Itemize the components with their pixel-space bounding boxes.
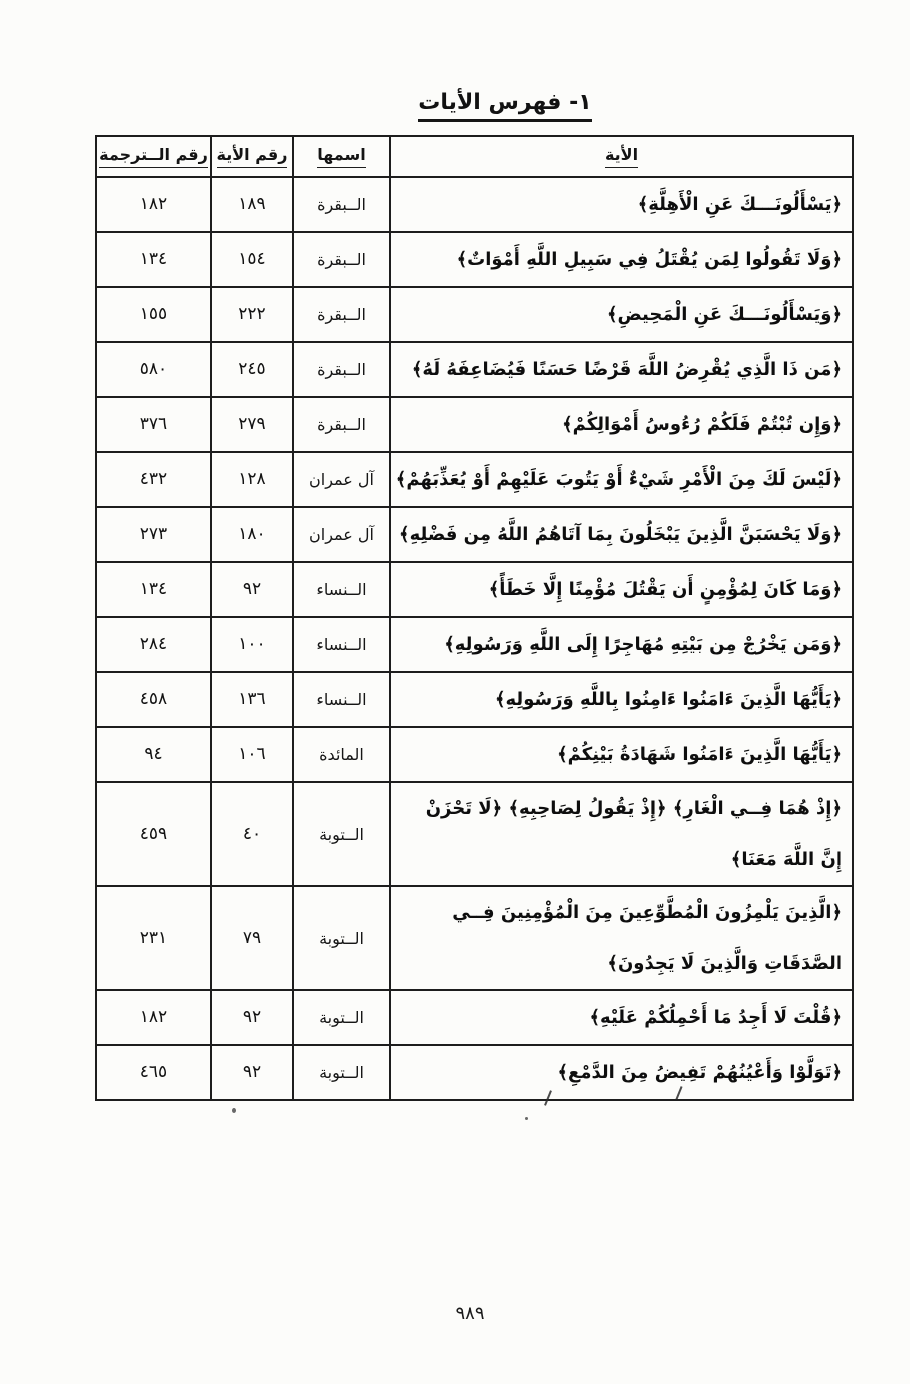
table-header-row: الأية اسمها رقم الأية رقم الــترجمة (96, 136, 853, 177)
table-row: ﴿قُلْتَ لَا أَجِدُ مَا أَحْمِلُكُمْ عَلَ… (96, 990, 853, 1045)
surah-cell: الــتوبة (293, 886, 390, 990)
table-row: ﴿تَوَلَّوْا وَأَعْيُنُهُمْ تَفِيضُ مِنَ … (96, 1045, 853, 1100)
header-verse: الأية (390, 136, 853, 177)
header-translation-number: رقم الــترجمة (96, 136, 211, 177)
verse-cell: ﴿الَّذِينَ يَلْمِزُونَ الْمُطَّوِّعِينَ … (390, 886, 853, 990)
verse-cell: ﴿إِذْ هُمَا فِــي الْغَارِ﴾ ﴿إِذْ يَقُول… (390, 782, 853, 886)
scanned-page: ١- فهرس الأيات الأية اسمها رقم الأية رقم… (0, 0, 910, 1384)
verse-cell: ﴿وَلَا تَقُولُوا لِمَن يُقْتَلُ فِي سَبِ… (390, 232, 853, 287)
scan-artifact (232, 1108, 236, 1113)
table-row: ﴿يَسْأَلُونَـــكَ عَنِ الْأَهِلَّةِ﴾الــ… (96, 177, 853, 232)
page-title-text: ١- فهرس الأيات (418, 90, 591, 122)
translation-number-cell: ١٨٢ (96, 990, 211, 1045)
surah-cell: المائدة (293, 727, 390, 782)
table-row: ﴿وَمَن يَخْرُجْ مِن بَيْتِهِ مُهَاجِرًا … (96, 617, 853, 672)
translation-number-cell: ٢٨٤ (96, 617, 211, 672)
surah-cell: الــنساء (293, 562, 390, 617)
table-row: ﴿إِذْ هُمَا فِــي الْغَارِ﴾ ﴿إِذْ يَقُول… (96, 782, 853, 886)
surah-cell: الــتوبة (293, 782, 390, 886)
header-surah-name: اسمها (293, 136, 390, 177)
surah-cell: الــبقرة (293, 342, 390, 397)
surah-cell: الــبقرة (293, 177, 390, 232)
verse-number-cell: ١٨٠ (211, 507, 293, 562)
translation-number-cell: ١٨٢ (96, 177, 211, 232)
translation-number-cell: ٢٧٣ (96, 507, 211, 562)
verse-number-cell: ٩٢ (211, 1045, 293, 1100)
table-row: ﴿وَيَسْأَلُونَـــكَ عَنِ الْمَحِيضِ﴾الــ… (96, 287, 853, 342)
header-translation-number-label: رقم الــترجمة (99, 145, 208, 168)
surah-cell: الــتوبة (293, 1045, 390, 1100)
translation-number-cell: ٥٨٠ (96, 342, 211, 397)
verse-number-cell: ١٥٤ (211, 232, 293, 287)
verse-cell: ﴿يَأَيُّهَا الَّذِينَ ءَامَنُوا شَهَادَة… (390, 727, 853, 782)
translation-number-cell: ٢٣١ (96, 886, 211, 990)
verse-table-body: ﴿يَسْأَلُونَـــكَ عَنِ الْأَهِلَّةِ﴾الــ… (96, 177, 853, 1100)
verse-number-cell: ٢٤٥ (211, 342, 293, 397)
page-number: ٩٨٩ (425, 1303, 515, 1324)
surah-cell: الــنساء (293, 617, 390, 672)
header-verse-number: رقم الأية (211, 136, 293, 177)
table-row: ﴿مَن ذَا الَّذِي يُقْرِضُ اللَّهَ قَرْضً… (96, 342, 853, 397)
verse-cell: ﴿وَلَا يَحْسَبَنَّ الَّذِينَ يَبْخَلُونَ… (390, 507, 853, 562)
verse-number-cell: ٢٢٢ (211, 287, 293, 342)
verse-number-cell: ٤٠ (211, 782, 293, 886)
verse-cell: ﴿وَمَن يَخْرُجْ مِن بَيْتِهِ مُهَاجِرًا … (390, 617, 853, 672)
verse-index-table: الأية اسمها رقم الأية رقم الــترجمة ﴿يَس… (95, 135, 854, 1101)
translation-number-cell: ٤٥٨ (96, 672, 211, 727)
table-row: ﴿يَأَيُّهَا الَّذِينَ ءَامَنُوا ءَامِنُو… (96, 672, 853, 727)
verse-cell: ﴿يَسْأَلُونَـــكَ عَنِ الْأَهِلَّةِ﴾ (390, 177, 853, 232)
verse-number-cell: ١٠٠ (211, 617, 293, 672)
verse-cell: ﴿لَيْسَ لَكَ مِنَ الْأَمْرِ شَيْءٌ أَوْ … (390, 452, 853, 507)
table-row: ﴿يَأَيُّهَا الَّذِينَ ءَامَنُوا شَهَادَة… (96, 727, 853, 782)
header-surah-name-label: اسمها (317, 145, 366, 168)
verse-number-cell: ٩٢ (211, 562, 293, 617)
table-row: ﴿وَإِن تُبْتُمْ فَلَكُمْ رُءُوسُ أَمْوَا… (96, 397, 853, 452)
surah-cell: آل عمران (293, 452, 390, 507)
table-row: ﴿وَلَا يَحْسَبَنَّ الَّذِينَ يَبْخَلُونَ… (96, 507, 853, 562)
translation-number-cell: ١٣٤ (96, 562, 211, 617)
header-verse-label: الأية (605, 145, 638, 168)
verse-cell: ﴿وَيَسْأَلُونَـــكَ عَنِ الْمَحِيضِ﴾ (390, 287, 853, 342)
verse-number-cell: ١٢٨ (211, 452, 293, 507)
header-verse-number-label: رقم الأية (217, 145, 288, 168)
surah-cell: آل عمران (293, 507, 390, 562)
verse-cell: ﴿مَن ذَا الَّذِي يُقْرِضُ اللَّهَ قَرْضً… (390, 342, 853, 397)
surah-cell: الــنساء (293, 672, 390, 727)
surah-cell: الــتوبة (293, 990, 390, 1045)
verse-number-cell: ١٠٦ (211, 727, 293, 782)
translation-number-cell: ١٣٤ (96, 232, 211, 287)
translation-number-cell: ٩٤ (96, 727, 211, 782)
verse-number-cell: ١٨٩ (211, 177, 293, 232)
verse-cell: ﴿قُلْتَ لَا أَجِدُ مَا أَحْمِلُكُمْ عَلَ… (390, 990, 853, 1045)
table-row: ﴿وَمَا كَانَ لِمُؤْمِنٍ أَن يَقْتُلَ مُؤ… (96, 562, 853, 617)
translation-number-cell: ٤٦٥ (96, 1045, 211, 1100)
table-row: ﴿الَّذِينَ يَلْمِزُونَ الْمُطَّوِّعِينَ … (96, 886, 853, 990)
table-row: ﴿لَيْسَ لَكَ مِنَ الْأَمْرِ شَيْءٌ أَوْ … (96, 452, 853, 507)
verse-cell: ﴿وَمَا كَانَ لِمُؤْمِنٍ أَن يَقْتُلَ مُؤ… (390, 562, 853, 617)
verse-number-cell: ٢٧٩ (211, 397, 293, 452)
verse-cell: ﴿تَوَلَّوْا وَأَعْيُنُهُمْ تَفِيضُ مِنَ … (390, 1045, 853, 1100)
surah-cell: الــبقرة (293, 397, 390, 452)
translation-number-cell: ٣٧٦ (96, 397, 211, 452)
page-title: ١- فهرس الأيات (395, 90, 615, 122)
verse-number-cell: ١٣٦ (211, 672, 293, 727)
translation-number-cell: ١٥٥ (96, 287, 211, 342)
table-row: ﴿وَلَا تَقُولُوا لِمَن يُقْتَلُ فِي سَبِ… (96, 232, 853, 287)
translation-number-cell: ٤٣٢ (96, 452, 211, 507)
verse-cell: ﴿وَإِن تُبْتُمْ فَلَكُمْ رُءُوسُ أَمْوَا… (390, 397, 853, 452)
translation-number-cell: ٤٥٩ (96, 782, 211, 886)
verse-number-cell: ٩٢ (211, 990, 293, 1045)
scan-artifact (525, 1117, 528, 1120)
surah-cell: الــبقرة (293, 287, 390, 342)
surah-cell: الــبقرة (293, 232, 390, 287)
verse-cell: ﴿يَأَيُّهَا الَّذِينَ ءَامَنُوا ءَامِنُو… (390, 672, 853, 727)
verse-number-cell: ٧٩ (211, 886, 293, 990)
